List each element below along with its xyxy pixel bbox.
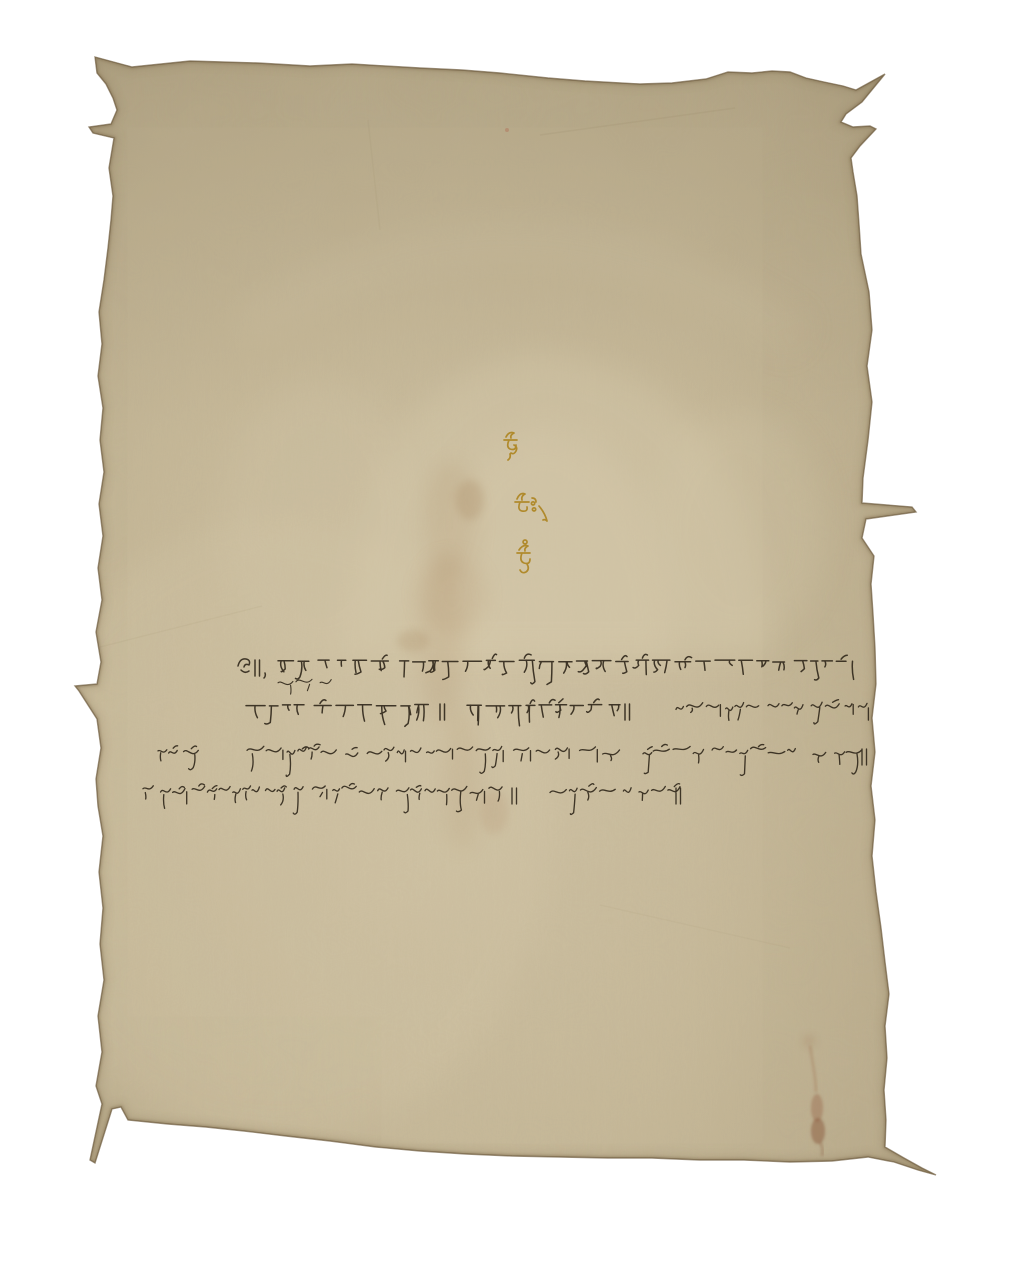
photo-canvas: oṃ — small gold seed syllable, top of ce… <box>0 0 1021 1261</box>
thangka-reverse-photo: oṃ — small gold seed syllable, top of ce… <box>0 0 1021 1261</box>
